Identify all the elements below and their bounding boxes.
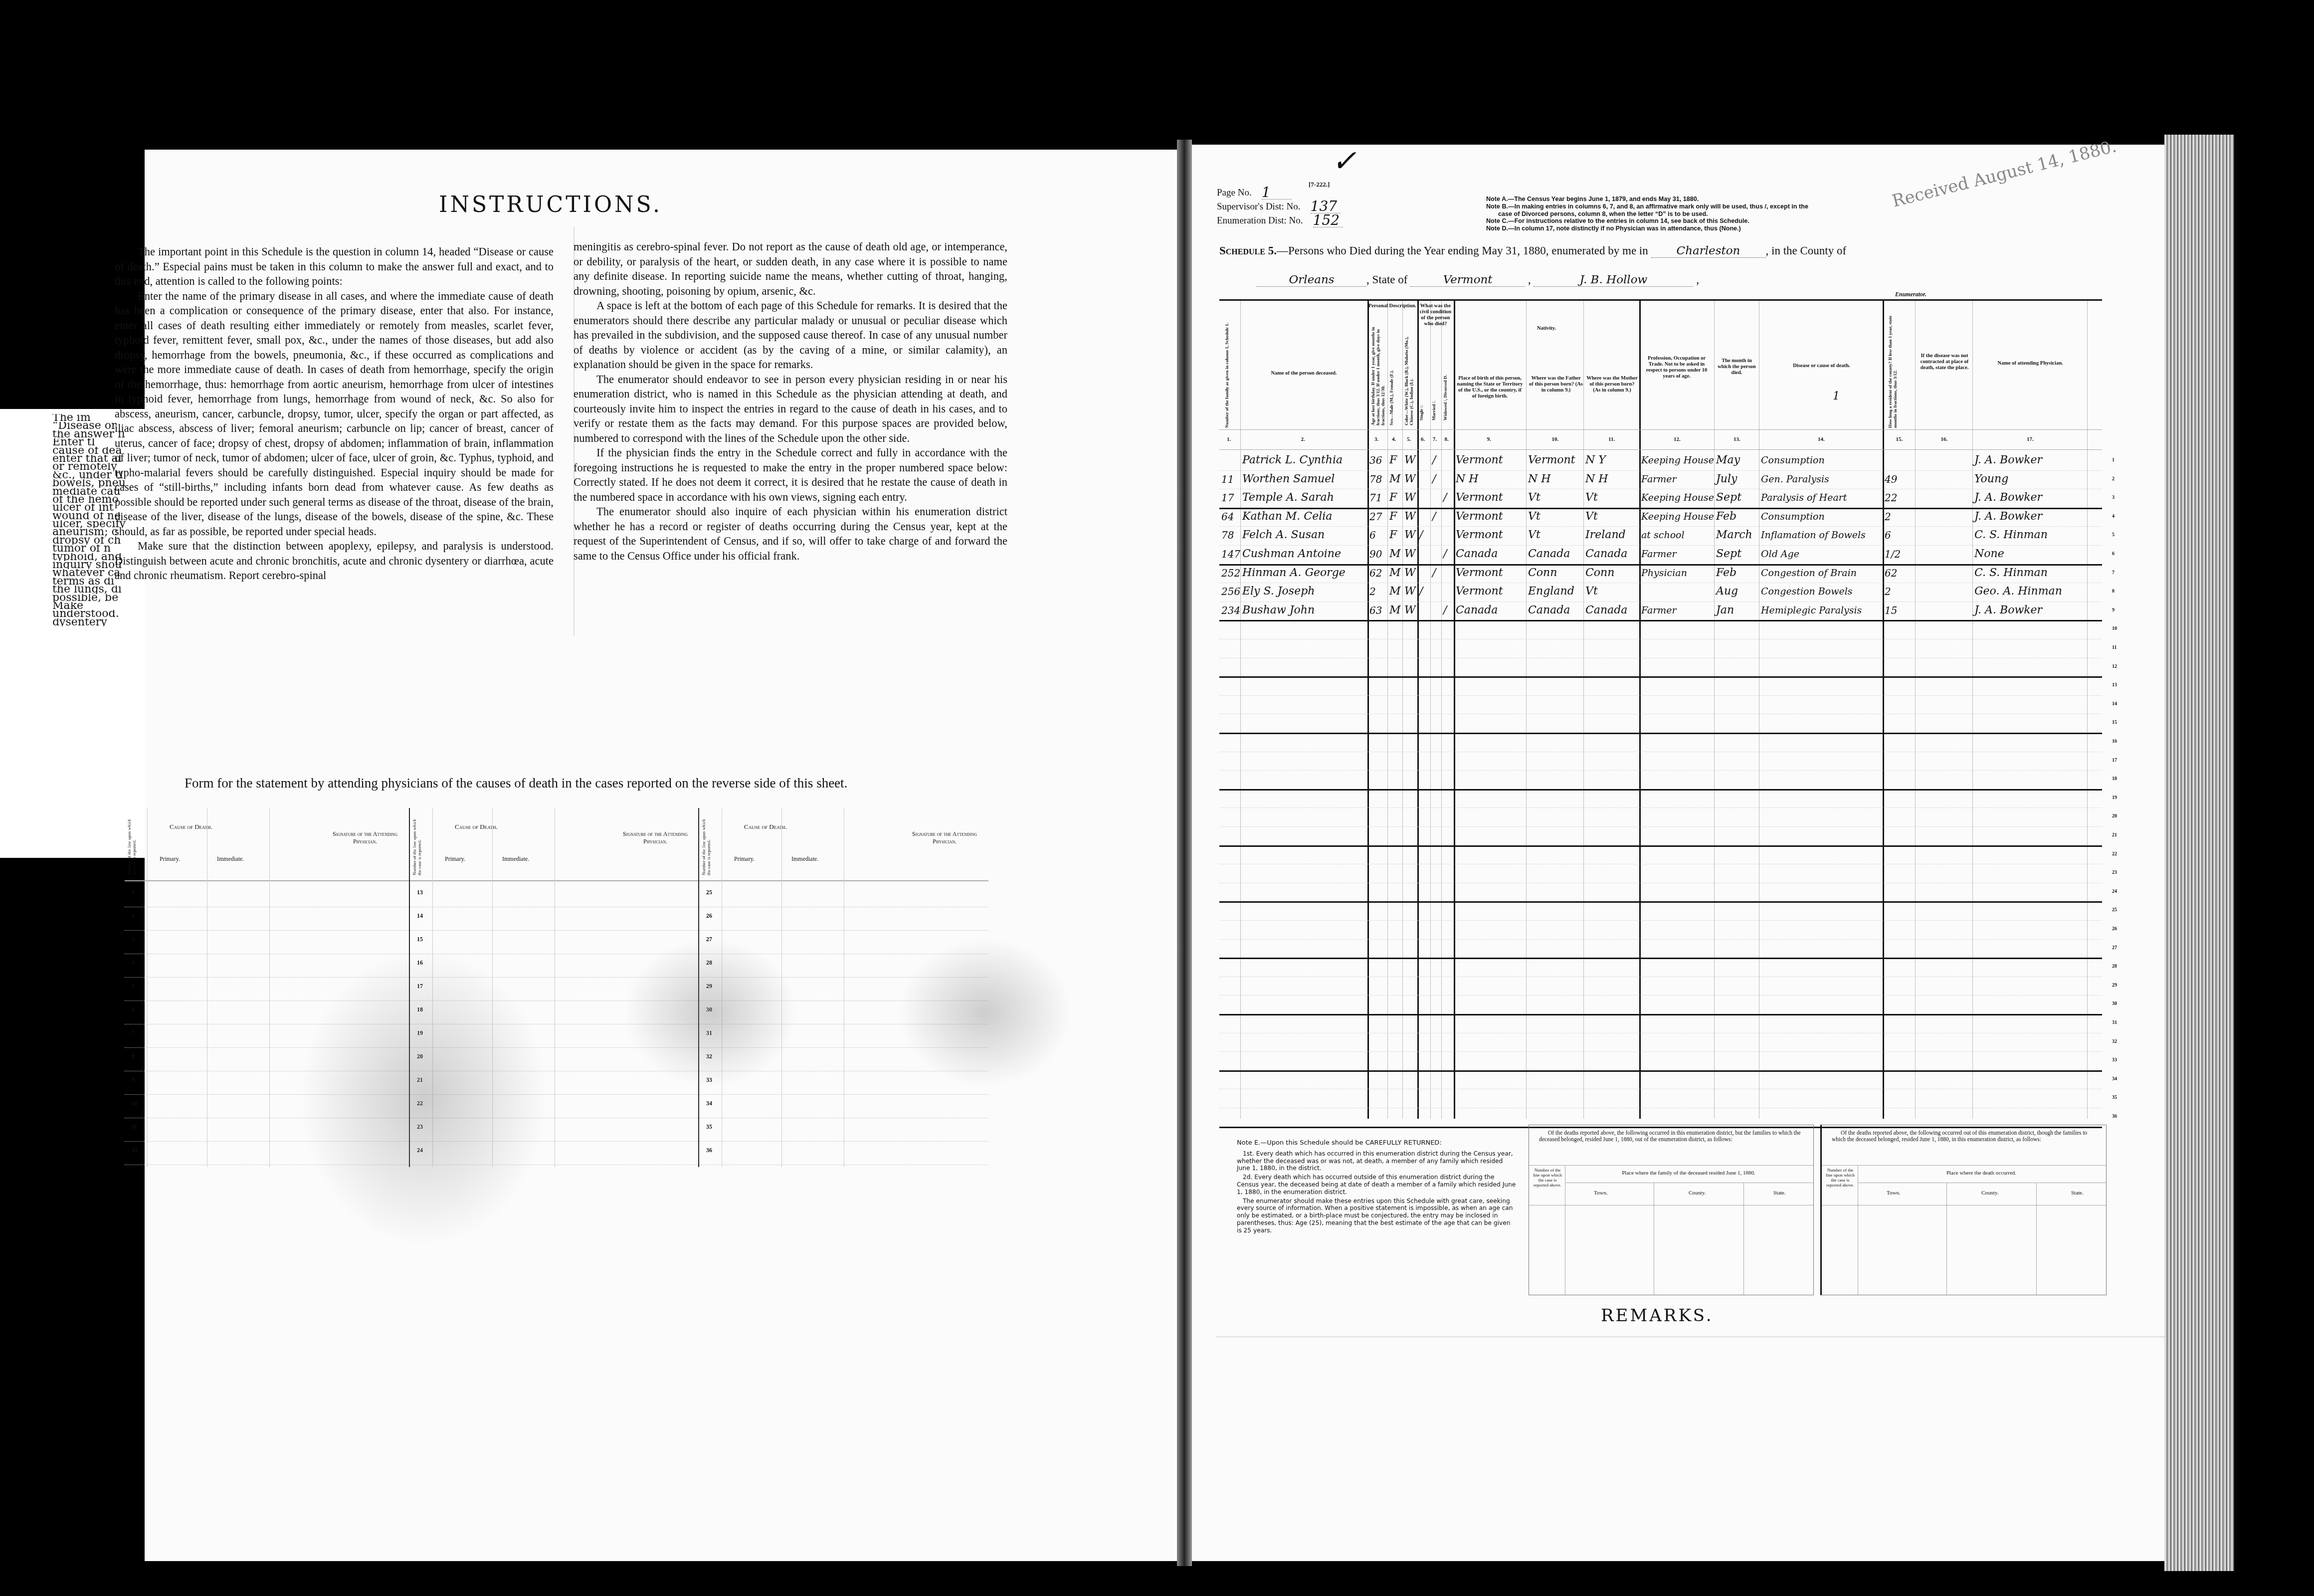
- line-number: 10: [2112, 626, 2117, 631]
- column-number: 1.: [1227, 436, 1231, 442]
- cell-color: W: [1404, 567, 1416, 579]
- table-row[interactable]: 11: [1219, 639, 2102, 658]
- schedule-heading-line2: Orleans, State of Vermont , J. B. Hollow…: [1257, 273, 1699, 287]
- box-intro: Of the deaths reported above, the follow…: [1539, 1130, 1803, 1143]
- line-number: 35: [2112, 1095, 2117, 1100]
- physician-form-row[interactable]: 2: [125, 906, 409, 931]
- cell-color: W: [1404, 492, 1416, 504]
- line-number: 20: [2112, 813, 2117, 819]
- cell-father: Canada: [1528, 548, 1570, 560]
- cell-month: May: [1716, 454, 1740, 466]
- table-row[interactable]: 28: [1219, 958, 2102, 977]
- header-birthplace: Place of birth of this person, naming th…: [1456, 376, 1524, 399]
- cell-mother: N H: [1585, 473, 1608, 485]
- cell-sex: M: [1389, 567, 1401, 579]
- check-mark: ✓: [1332, 144, 1356, 179]
- cell-age: 36: [1369, 454, 1382, 466]
- cell-occupation: Farmer: [1641, 604, 1677, 616]
- cell-month: Feb: [1716, 567, 1736, 579]
- table-row[interactable]: 33: [1219, 1051, 2102, 1072]
- deaths-out-district-box: Of the deaths reported above, the follow…: [1820, 1125, 2107, 1295]
- cell-age: 27: [1369, 511, 1382, 523]
- cell-family: 11: [1221, 473, 1234, 485]
- cell-resident: 2: [1885, 586, 1891, 598]
- cell-resident: 22: [1885, 492, 1897, 504]
- cell-color: W: [1404, 473, 1416, 485]
- deaths-schedule-table: Number of the family as given in column …: [1219, 299, 2102, 1119]
- physician-form-row[interactable]: 13: [410, 883, 699, 907]
- supervisor-dist-label: Supervisor's Dist: No.: [1217, 200, 1301, 213]
- column-number: 3.: [1374, 436, 1378, 442]
- line-number: 13: [2112, 682, 2117, 688]
- instruction-paragraph: The enumerator should endeavor to see in…: [574, 372, 1007, 446]
- table-row[interactable]: 32: [1219, 1033, 2102, 1052]
- cell-month: Feb: [1716, 511, 1736, 523]
- fragment-line: the lungs, di: [52, 586, 152, 594]
- column-number: 6.: [1421, 436, 1425, 442]
- box-place-header: Place where the family of the deceased r…: [1569, 1170, 1808, 1176]
- cell-color: W: [1404, 529, 1416, 541]
- cell-father: Conn: [1528, 567, 1557, 579]
- cell-sex: M: [1389, 586, 1401, 598]
- cell-color: W: [1404, 548, 1416, 560]
- cell-family: 147: [1221, 548, 1240, 560]
- cell-birth: Vermont: [1456, 586, 1503, 598]
- cell-color: W: [1404, 604, 1416, 616]
- primary-header: Primary.: [734, 855, 755, 863]
- note-e-item: 2d. Every death which has occurred outsi…: [1237, 1174, 1516, 1196]
- column-annotation: 1: [1833, 391, 1840, 402]
- box-intro: Of the deaths reported above, the follow…: [1832, 1130, 2096, 1143]
- line-number: 32: [2112, 1039, 2117, 1044]
- book-gutter: [1177, 140, 1192, 1566]
- box-town: Town.: [1594, 1190, 1608, 1196]
- line-number: 33: [2112, 1057, 2117, 1063]
- table-row[interactable]: 26: [1219, 920, 2102, 940]
- box-place-header: Place where the death occurred.: [1862, 1170, 2101, 1176]
- fragment-line: Make: [52, 602, 152, 610]
- note-e-item: 1st. Every death which has occurred in t…: [1237, 1150, 1516, 1172]
- deaths-in-district-box: Of the deaths reported above, the follow…: [1529, 1125, 1814, 1295]
- line-number: 5: [2112, 532, 2115, 538]
- table-row[interactable]: 13: [1219, 676, 2102, 696]
- cell-disease: Consumption: [1761, 511, 1825, 523]
- table-row[interactable]: 14: [1219, 695, 2102, 715]
- cell-name: Temple A. Sarah: [1242, 492, 1334, 504]
- physician-form-row[interactable]: 35: [699, 1117, 988, 1142]
- cell-disease: Old Age: [1761, 548, 1799, 560]
- line-number: 30: [2112, 1001, 2117, 1006]
- header-residence-length: How long a resident of the county? If le…: [1888, 308, 1908, 428]
- cell-disease: Inflamation of Bowels: [1761, 529, 1866, 541]
- cell-birth: Canada: [1456, 604, 1498, 616]
- line-number: 1: [2112, 457, 2115, 463]
- physician-form-row[interactable]: 14: [410, 906, 699, 931]
- page-no-value: 1: [1262, 186, 1292, 199]
- column-number: 5.: [1407, 436, 1411, 442]
- physician-form-row[interactable]: 25: [699, 883, 988, 907]
- box-state: State.: [2071, 1190, 2084, 1196]
- header-physician: Name of attending Physician.: [1973, 361, 2087, 367]
- cell-name: Felch A. Susan: [1242, 529, 1325, 541]
- cell-family: 78: [1221, 529, 1234, 541]
- cell-month: July: [1716, 473, 1737, 485]
- cell-age: 90: [1369, 548, 1382, 560]
- column-number: 11.: [1608, 436, 1615, 442]
- table-row[interactable]: 211Worthen Samuel78MW/N HN HN HFarmerJul…: [1219, 470, 2102, 490]
- note-b: Note B.—In making entries in columns 6, …: [1486, 203, 1808, 210]
- scan-smudge: [623, 938, 798, 1087]
- header-color: Color—White (W.), Black (B.), Mulatto (M…: [1404, 326, 1416, 425]
- cell-married: /: [1432, 473, 1436, 485]
- header-month: The month in which the person died.: [1716, 358, 1758, 376]
- table-row[interactable]: 23: [1219, 864, 2102, 883]
- note-e-item: The enumerator should make these entries…: [1237, 1197, 1516, 1234]
- form-line-number: 35: [706, 1123, 712, 1131]
- instructions-title: INSTRUCTIONS.: [439, 192, 662, 217]
- immediate-header: Immediate.: [791, 855, 818, 863]
- table-row[interactable]: 15: [1219, 714, 2102, 734]
- physician-form-row[interactable]: 26: [699, 906, 988, 931]
- cell-age: 62: [1369, 567, 1382, 579]
- cell-birth: Vermont: [1456, 492, 1503, 504]
- line-number: 26: [2112, 926, 2117, 932]
- header-father-birthplace: Where was the Father of this person born…: [1529, 376, 1583, 394]
- line-number: 31: [2112, 1020, 2117, 1025]
- instructions-column-1: The important point in this Schedule is …: [115, 244, 554, 583]
- cell-family: 256: [1221, 586, 1240, 598]
- line-number: 21: [2112, 832, 2117, 838]
- line-number: 22: [2112, 851, 2117, 857]
- remarks-line: [1217, 1337, 2164, 1337]
- cell-physician: Geo. A. Hinman: [1974, 586, 2062, 598]
- form-line-number: 26: [706, 912, 712, 920]
- form-line-number: 6: [132, 1006, 135, 1013]
- cell-father: Canada: [1528, 604, 1570, 616]
- line-number: 11: [2112, 645, 2117, 650]
- table-row[interactable]: 317Temple A. Sarah71FW/VermontVtVtKeepin…: [1219, 489, 2102, 509]
- line-number: 23: [2112, 870, 2117, 875]
- cell-sex: F: [1389, 529, 1397, 541]
- header-personal-description: Personal Description.: [1367, 303, 1417, 309]
- cell-resident: 15: [1885, 604, 1897, 616]
- note-d: Note D.—In column 17, note distinctly if…: [1486, 225, 1808, 232]
- cell-resident: 2: [1885, 511, 1891, 523]
- table-row[interactable]: 29: [1219, 977, 2102, 996]
- cell-physician: J. A. Bowker: [1974, 492, 2042, 504]
- table-row[interactable]: 31: [1219, 1014, 2102, 1033]
- form-line-number: 9: [132, 1076, 135, 1084]
- column-number: 12.: [1674, 436, 1681, 442]
- schedule-label: Schedule 5.: [1219, 244, 1277, 257]
- cell-occupation: at school: [1641, 529, 1685, 541]
- form-line-number: 14: [417, 912, 423, 920]
- enumerator-field: J. B. Hollow: [1534, 273, 1693, 287]
- table-row[interactable]: 578Felch A. Susan6FW/VermontVtIrelandat …: [1219, 526, 2102, 546]
- box-line-header: Number of the line upon which the case i…: [1825, 1168, 1856, 1188]
- cell-birth: Vermont: [1456, 567, 1503, 579]
- cell-mother: Vt: [1585, 511, 1598, 523]
- column-number: 15.: [1896, 436, 1903, 442]
- line-number: 27: [2112, 945, 2117, 951]
- scan-smudge: [299, 948, 549, 1247]
- line-number: 9: [2112, 607, 2115, 613]
- town-field: Charleston: [1651, 244, 1766, 258]
- cell-physician: J. A. Bowker: [1974, 511, 2042, 523]
- instruction-paragraph: A space is left at the bottom of each pa…: [574, 298, 1007, 372]
- line-number-header: Number of the line upon which the case i…: [127, 813, 142, 875]
- cell-family: 64: [1221, 511, 1234, 523]
- form-line-number: 4: [132, 959, 135, 967]
- enumeration-dist-label: Enumeration Dist: No.: [1217, 214, 1303, 227]
- table-row[interactable]: 10: [1219, 620, 2102, 639]
- instructions-column-2: meningitis as cerebro-spinal fever. Do n…: [574, 239, 1007, 563]
- note-e-title: Note E.—Upon this Schedule should be CAR…: [1237, 1140, 1516, 1147]
- cell-physician: C. S. Hinman: [1974, 529, 2048, 541]
- note-a: Note A.—The Census Year begins June 1, 1…: [1486, 196, 1808, 203]
- cell-birth: Vermont: [1456, 511, 1503, 523]
- cell-resident: 62: [1885, 567, 1897, 579]
- physician-form-grid: Number of the line upon which the case i…: [125, 808, 987, 1167]
- header-occupation: Profession, Occupation or Trade. Not to …: [1642, 356, 1712, 380]
- cell-age: 6: [1369, 529, 1376, 541]
- column-number: 2.: [1301, 436, 1305, 442]
- schedule-text: , State of: [1366, 273, 1407, 286]
- note-c: Note C.—For instructions relative to the…: [1486, 217, 1808, 225]
- cell-physician: J. A. Bowker: [1974, 604, 2042, 616]
- line-number: 17: [2112, 758, 2117, 763]
- cause-header: Cause of Death.: [170, 823, 212, 831]
- schedule-notes: Note A.—The Census Year begins June 1, 1…: [1486, 196, 1808, 232]
- primary-header: Primary.: [445, 855, 465, 863]
- cell-age: 2: [1369, 586, 1376, 598]
- cell-mother: Canada: [1585, 548, 1627, 560]
- line-number: 36: [2112, 1114, 2117, 1119]
- physician-form-row[interactable]: 1: [125, 883, 409, 907]
- cell-single: /: [1419, 529, 1423, 541]
- cause-header: Cause of Death.: [744, 823, 787, 831]
- supervisor-dist-value: 137: [1311, 199, 1341, 213]
- table-row[interactable]: 24: [1219, 883, 2102, 903]
- fragment-line: possible, be: [52, 594, 152, 602]
- form-line-number: 13: [417, 889, 423, 896]
- table-row[interactable]: 12: [1219, 658, 2102, 678]
- line-number: 12: [2112, 664, 2117, 669]
- cell-family: 234: [1221, 604, 1240, 616]
- cell-name: Worthen Samuel: [1242, 473, 1335, 485]
- form-line-number: 11: [132, 1123, 137, 1131]
- instruction-paragraph: Make sure that the distinction between a…: [115, 539, 554, 583]
- column-number: 7.: [1433, 436, 1437, 442]
- table-row[interactable]: 1Patrick L. Cynthia36FW/VermontVermontN …: [1219, 451, 2102, 471]
- note-e: Note E.—Upon this Schedule should be CAR…: [1237, 1140, 1516, 1236]
- header-mother-birthplace: Where was the Mother of this person born…: [1586, 376, 1638, 394]
- column-number: 4.: [1392, 436, 1396, 442]
- line-number: 25: [2112, 907, 2117, 913]
- table-row[interactable]: 27: [1219, 939, 2102, 960]
- box-line-header: Number of the line upon which the case i…: [1532, 1168, 1563, 1188]
- table-row[interactable]: 21: [1219, 826, 2102, 847]
- line-number: 28: [2112, 964, 2117, 969]
- form-line-number: 34: [706, 1100, 712, 1107]
- form-line-number: 15: [417, 936, 423, 943]
- table-row[interactable]: 25: [1219, 901, 2102, 921]
- cell-mother: N Y: [1585, 454, 1606, 466]
- cell-father: Vt: [1528, 492, 1541, 504]
- signature-header: Signature of the Attending Physician.: [905, 830, 984, 845]
- cell-family: 17: [1221, 492, 1234, 504]
- cell-mother: Ireland: [1585, 529, 1626, 541]
- header-age: Age at last birthday. If under 1 year, g…: [1370, 326, 1385, 425]
- cell-occupation: Keeping House: [1641, 454, 1714, 466]
- cell-father: Vt: [1528, 529, 1541, 541]
- cell-occupation: Keeping House: [1641, 492, 1714, 504]
- cell-disease: Hemiplegic Paralysis: [1761, 604, 1862, 616]
- cell-resident: 6: [1885, 529, 1891, 541]
- cell-father: England: [1528, 586, 1574, 598]
- cell-physician: C. S. Hinman: [1974, 567, 2048, 579]
- instruction-paragraph: The important point in this Schedule is …: [115, 244, 554, 289]
- cell-age: 63: [1369, 604, 1382, 616]
- box-county: County.: [1689, 1190, 1706, 1196]
- line-number: 15: [2112, 720, 2117, 725]
- cell-occupation: Farmer: [1641, 548, 1677, 560]
- line-number-header: Number of the line upon which the case i…: [701, 813, 716, 875]
- signature-header: Signature of the Attending Physician.: [615, 830, 695, 845]
- line-number: 16: [2112, 739, 2117, 744]
- cell-age: 71: [1369, 492, 1382, 504]
- table-row[interactable]: 17: [1219, 752, 2102, 771]
- immediate-header: Immediate.: [217, 855, 244, 863]
- cell-widowed: /: [1443, 548, 1447, 560]
- form-line-number: 7: [132, 1029, 135, 1037]
- cell-disease: Paralysis of Heart: [1761, 492, 1847, 504]
- header-sex: Sex—Male (M.), Female (F.).: [1389, 326, 1401, 425]
- cause-header: Cause of Death.: [455, 823, 498, 831]
- table-row[interactable]: 8256Ely S. Joseph2MW/VermontEnglandVtAug…: [1219, 583, 2102, 602]
- line-number: 3: [2112, 495, 2115, 500]
- page-no-label: Page No.: [1217, 186, 1252, 199]
- scan-smudge: [898, 938, 1072, 1087]
- cell-birth: Canada: [1456, 548, 1498, 560]
- cell-mother: Conn: [1585, 567, 1614, 579]
- form-line-number: 10: [132, 1100, 138, 1107]
- physician-form-row[interactable]: 34: [699, 1094, 988, 1118]
- line-number: 19: [2112, 795, 2117, 800]
- line-number: 29: [2112, 983, 2117, 988]
- column-number: 16.: [1941, 436, 1948, 442]
- cell-father: N H: [1528, 473, 1550, 485]
- physician-form-row[interactable]: 36: [699, 1141, 988, 1165]
- cell-name: Patrick L. Cynthia: [1242, 454, 1343, 466]
- table-row[interactable]: 30: [1219, 995, 2102, 1015]
- cell-birth: Vermont: [1456, 454, 1503, 466]
- table-row[interactable]: 20: [1219, 807, 2102, 827]
- table-row[interactable]: 7252Hinman A. George62MW/VermontConnConn…: [1219, 564, 2102, 584]
- header-widowed-divorced: Widowed /, Divorced D.: [1443, 341, 1453, 420]
- cell-disease: Congestion Bowels: [1761, 586, 1853, 598]
- cell-sex: F: [1389, 454, 1397, 466]
- table-row[interactable]: 19: [1219, 789, 2102, 808]
- instruction-paragraph: meningitis as cerebro-spinal fever. Do n…: [574, 239, 1007, 298]
- table-row[interactable]: 6147Cushman Antoine90MW/CanadaCanadaCana…: [1219, 545, 2102, 566]
- header-family-number: Number of the family as given in column …: [1224, 308, 1239, 428]
- cell-disease: Consumption: [1761, 454, 1825, 466]
- header-single: Single /.: [1419, 361, 1429, 420]
- table-row[interactable]: 9234Bushaw John63MW/CanadaCanadaCanadaFa…: [1219, 601, 2102, 622]
- cell-mother: Vt: [1585, 492, 1598, 504]
- cell-occupation: Physician: [1641, 567, 1687, 579]
- table-row[interactable]: 34: [1219, 1070, 2102, 1090]
- cell-mother: Canada: [1585, 604, 1627, 616]
- cell-month: Sept: [1716, 492, 1741, 504]
- instruction-paragraph: Enter the name of the primary disease in…: [115, 289, 554, 539]
- line-number-header: Number of the line upon which the case i…: [412, 813, 427, 875]
- note-b-cont: case of Divorced persons, column 8, when…: [1486, 210, 1808, 218]
- line-number: 6: [2112, 551, 2115, 557]
- cell-month: March: [1716, 529, 1752, 541]
- cell-family: 252: [1221, 567, 1240, 579]
- county-field: Orleans: [1257, 273, 1366, 287]
- cell-physician: None: [1974, 548, 2004, 560]
- form-line-number: 25: [706, 889, 712, 896]
- cell-occupation: Farmer: [1641, 473, 1677, 485]
- table-row[interactable]: 35: [1219, 1089, 2102, 1108]
- enumeration-dist-value: 152: [1313, 213, 1343, 227]
- primary-header: Primary.: [160, 855, 180, 863]
- form-line-number: 5: [132, 983, 135, 990]
- cell-name: Bushaw John: [1242, 604, 1315, 616]
- form-line-number: 1: [132, 889, 135, 896]
- box-town: Town.: [1887, 1190, 1901, 1196]
- line-number: 14: [2112, 701, 2117, 707]
- table-row[interactable]: 18: [1219, 770, 2102, 791]
- cell-married: /: [1432, 511, 1436, 523]
- table-row[interactable]: 464Kathan M. Celia27FW/VermontVtVtKeepin…: [1219, 508, 2102, 527]
- cell-birth: N H: [1456, 473, 1478, 485]
- immediate-header: Immediate.: [502, 855, 529, 863]
- cell-name: Kathan M. Celia: [1242, 511, 1332, 523]
- header-civil-condition: What was the civil condition of the pers…: [1417, 303, 1454, 327]
- cell-age: 78: [1369, 473, 1382, 485]
- table-row[interactable]: 16: [1219, 733, 2102, 752]
- cell-color: W: [1404, 454, 1416, 466]
- form-line-number: 36: [706, 1147, 712, 1154]
- line-number: 2: [2112, 476, 2115, 482]
- line-number: 34: [2112, 1076, 2117, 1082]
- instruction-paragraph: If the physician finds the entry in the …: [574, 445, 1007, 504]
- page-info: Page No.1 Supervisor's Dist: No.137 Enum…: [1217, 186, 1343, 227]
- cell-married: /: [1432, 567, 1436, 579]
- cell-physician: Young: [1974, 473, 2008, 485]
- column-number: 8.: [1445, 436, 1449, 442]
- cell-single: /: [1419, 586, 1423, 598]
- physician-form-title: Form for the statement by attending phys…: [185, 776, 847, 791]
- cell-sex: M: [1389, 604, 1401, 616]
- header-place-contracted: If the disease was not contracted at pla…: [1917, 353, 1972, 371]
- header-nativity: Nativity.: [1454, 326, 1639, 332]
- line-number: 7: [2112, 570, 2115, 576]
- cell-name: Ely S. Joseph: [1242, 586, 1315, 598]
- cell-color: W: [1404, 511, 1416, 523]
- table-row[interactable]: 22: [1219, 845, 2102, 865]
- cell-mother: Vt: [1585, 586, 1598, 598]
- fragment-line: understood.: [52, 610, 152, 618]
- column-number: 14.: [1818, 436, 1825, 442]
- cell-father: Vermont: [1528, 454, 1575, 466]
- cell-sex: F: [1389, 511, 1397, 523]
- signature-header: Signature of the Attending Physician.: [325, 830, 405, 845]
